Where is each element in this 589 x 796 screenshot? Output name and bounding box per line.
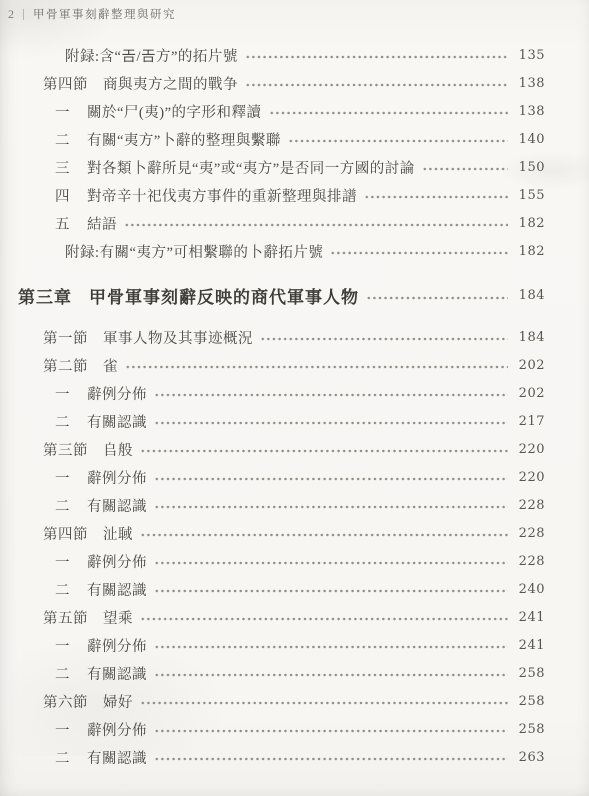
toc-entry-title: 有關認識 bbox=[87, 747, 147, 768]
book-title: 甲骨軍事刻辭整理與研究 bbox=[33, 6, 176, 22]
header-divider bbox=[23, 9, 24, 20]
dot-leader bbox=[140, 603, 508, 631]
dot-leader bbox=[154, 407, 508, 435]
dot-leader bbox=[140, 687, 508, 715]
dot-leader bbox=[364, 181, 508, 209]
toc-entry-section: 第四節 商與夷方之間的戰争 138 bbox=[0, 69, 589, 97]
toc-entry-label: 第四節 bbox=[43, 73, 88, 94]
toc-entry-section: 第二節 雀 202 bbox=[0, 351, 589, 379]
toc-entry-title: 附録:含“𢀛/𢀛方”的拓片號 bbox=[65, 45, 238, 66]
toc-entry-label: 第五節 bbox=[43, 607, 88, 628]
toc-entry-title: 對帝辛十祀伐夷方事件的重新整理與排譜 bbox=[87, 185, 357, 206]
toc-page-number: 241 bbox=[517, 638, 545, 653]
toc-entry-label: 第一節 bbox=[43, 327, 88, 348]
toc-page-number: 258 bbox=[517, 722, 545, 737]
toc-entry-label: 二 bbox=[55, 663, 70, 684]
toc-entry-title: 甲骨軍事刻辭反映的商代軍事人物 bbox=[89, 283, 359, 308]
toc-page-number: 217 bbox=[517, 414, 545, 429]
toc-entry-appendix: 附録:有關“夷方”可相繫聯的卜辭拓片號 182 bbox=[0, 237, 589, 265]
toc-entry-sub: 四 對帝辛十祀伐夷方事件的重新整理與排譜 155 bbox=[0, 181, 589, 209]
toc-entry-label: 五 bbox=[55, 213, 70, 234]
toc-page-number: 182 bbox=[517, 244, 545, 259]
toc-entry-label: 二 bbox=[55, 411, 70, 432]
toc-entry-title: 有關認識 bbox=[87, 411, 147, 432]
toc-entry-sub: 一 辭例分佈 220 bbox=[0, 463, 589, 491]
table-of-contents: 附録:含“𢀛/𢀛方”的拓片號 135 第四節 商與夷方之間的戰争 138 一 關… bbox=[0, 41, 589, 771]
toc-page-number: 220 bbox=[517, 442, 545, 457]
toc-entry-label: 二 bbox=[55, 129, 70, 150]
toc-page-number: 184 bbox=[517, 288, 545, 303]
toc-entry-label: 一 bbox=[55, 719, 70, 740]
toc-entry-sub: 一 辭例分佈 202 bbox=[0, 379, 589, 407]
toc-entry-section: 第四節 沚聝 228 bbox=[0, 519, 589, 547]
toc-page-number: 138 bbox=[517, 104, 545, 119]
toc-page-number: 228 bbox=[517, 526, 545, 541]
toc-entry-section: 第五節 望乘 241 bbox=[0, 603, 589, 631]
dot-leader bbox=[154, 547, 508, 575]
toc-entry-title: 辭例分佈 bbox=[87, 551, 147, 572]
toc-entry-sub: 一 辭例分佈 228 bbox=[0, 547, 589, 575]
toc-page-number: 258 bbox=[517, 694, 545, 709]
toc-entry-sub: 三 對各類卜辭所見“夷”或“夷方”是否同一方國的討論 150 bbox=[0, 153, 589, 181]
toc-entry-label: 第六節 bbox=[43, 691, 88, 712]
toc-entry-label: 二 bbox=[55, 495, 70, 516]
toc-entry-label: 一 bbox=[55, 101, 70, 122]
toc-entry-title: 辭例分佈 bbox=[87, 635, 147, 656]
toc-page-number: 202 bbox=[517, 386, 545, 401]
toc-entry-title: 婦好 bbox=[103, 691, 133, 712]
toc-entry-label: 三 bbox=[55, 157, 70, 178]
dot-leader bbox=[154, 659, 508, 687]
toc-entry-label: 四 bbox=[55, 185, 70, 206]
toc-page-number: 240 bbox=[517, 582, 545, 597]
toc-entry-sub: 二 有關認識 263 bbox=[0, 743, 589, 771]
toc-entry-sub: 二 有關認識 240 bbox=[0, 575, 589, 603]
toc-entry-appendix: 附録:含“𢀛/𢀛方”的拓片號 135 bbox=[0, 41, 589, 69]
dot-leader bbox=[140, 519, 508, 547]
toc-entry-sub: 五 結語 182 bbox=[0, 209, 589, 237]
dot-leader bbox=[154, 463, 508, 491]
dot-leader bbox=[125, 351, 508, 379]
toc-entry-title: 雀 bbox=[103, 355, 118, 376]
dot-leader bbox=[124, 209, 508, 237]
toc-page-number: 263 bbox=[517, 750, 545, 765]
toc-entry-label: 第三章 bbox=[18, 283, 72, 308]
running-head: 2 甲骨軍事刻辭整理與研究 bbox=[8, 6, 176, 22]
toc-entry-title: 附録:有關“夷方”可相繫聯的卜辭拓片號 bbox=[65, 241, 323, 262]
toc-entry-title: 望乘 bbox=[103, 607, 133, 628]
toc-entry-title: 有關認識 bbox=[87, 663, 147, 684]
toc-entry-sub: 二 有關“夷方”卜辭的整理與繫聯 140 bbox=[0, 125, 589, 153]
dot-leader bbox=[288, 125, 508, 153]
dot-leader bbox=[154, 491, 508, 519]
toc-entry-label: 一 bbox=[55, 383, 70, 404]
toc-entry-label: 第三節 bbox=[43, 439, 88, 460]
toc-entry-title: 辭例分佈 bbox=[87, 719, 147, 740]
dot-leader bbox=[140, 435, 508, 463]
toc-page-number: 258 bbox=[517, 666, 545, 681]
dot-leader bbox=[260, 323, 508, 351]
toc-entry-label: 第四節 bbox=[43, 523, 88, 544]
toc-page-number: 182 bbox=[517, 216, 545, 231]
toc-entry-title: 沚聝 bbox=[103, 523, 133, 544]
dot-leader bbox=[154, 379, 508, 407]
toc-entry-label: 一 bbox=[55, 635, 70, 656]
toc-entry-title: 𠂤般 bbox=[103, 439, 133, 460]
toc-entry-section: 第六節 婦好 258 bbox=[0, 687, 589, 715]
scanned-book-page: 2 甲骨軍事刻辭整理與研究 附録:含“𢀛/𢀛方”的拓片號 135 第四節 商與夷… bbox=[0, 0, 589, 796]
toc-entry-title: 對各類卜辭所見“夷”或“夷方”是否同一方國的討論 bbox=[87, 157, 415, 178]
toc-entry-sub: 一 辭例分佈 241 bbox=[0, 631, 589, 659]
toc-entry-title: 有關認識 bbox=[87, 495, 147, 516]
toc-page-number: 155 bbox=[517, 188, 545, 203]
dot-leader bbox=[330, 237, 508, 265]
dot-leader bbox=[154, 575, 508, 603]
toc-page-number: 150 bbox=[517, 160, 545, 175]
toc-entry-sub: 二 有關認識 228 bbox=[0, 491, 589, 519]
toc-page-number: 241 bbox=[517, 610, 545, 625]
toc-entry-title: 結語 bbox=[87, 213, 117, 234]
toc-page-number: 135 bbox=[517, 48, 545, 63]
dot-leader bbox=[154, 743, 508, 771]
toc-entry-section: 第一節 軍事人物及其事迹概況 184 bbox=[0, 323, 589, 351]
dot-leader bbox=[366, 280, 508, 310]
dot-leader bbox=[422, 153, 508, 181]
toc-entry-chapter: 第三章 甲骨軍事刻辭反映的商代軍事人物 184 bbox=[0, 280, 589, 310]
toc-entry-sub: 二 有關認識 217 bbox=[0, 407, 589, 435]
folio-page-number: 2 bbox=[8, 7, 14, 22]
toc-entry-sub: 二 有關認識 258 bbox=[0, 659, 589, 687]
toc-entry-sub: 一 辭例分佈 258 bbox=[0, 715, 589, 743]
toc-entry-title: 辭例分佈 bbox=[87, 383, 147, 404]
toc-page-number: 138 bbox=[517, 76, 545, 91]
dot-leader bbox=[154, 631, 508, 659]
toc-page-number: 202 bbox=[517, 358, 545, 373]
toc-entry-label: 二 bbox=[55, 579, 70, 600]
dot-leader bbox=[154, 715, 508, 743]
toc-entry-title: 關於“尸(夷)”的字形和釋讀 bbox=[87, 101, 262, 122]
toc-page-number: 220 bbox=[517, 470, 545, 485]
toc-entry-label: 一 bbox=[55, 551, 70, 572]
toc-entry-title: 有關“夷方”卜辭的整理與繫聯 bbox=[87, 129, 281, 150]
toc-entry-title: 商與夷方之間的戰争 bbox=[103, 73, 238, 94]
toc-entry-title: 辭例分佈 bbox=[87, 467, 147, 488]
toc-entry-label: 一 bbox=[55, 467, 70, 488]
toc-entry-title: 有關認識 bbox=[87, 579, 147, 600]
toc-entry-section: 第三節 𠂤般 220 bbox=[0, 435, 589, 463]
toc-entry-label: 第二節 bbox=[43, 355, 88, 376]
toc-page-number: 228 bbox=[517, 498, 545, 513]
toc-entry-title: 軍事人物及其事迹概況 bbox=[103, 327, 253, 348]
toc-page-number: 140 bbox=[517, 132, 545, 147]
toc-page-number: 228 bbox=[517, 554, 545, 569]
dot-leader bbox=[269, 97, 508, 125]
dot-leader bbox=[245, 41, 508, 69]
toc-entry-sub: 一 關於“尸(夷)”的字形和釋讀 138 bbox=[0, 97, 589, 125]
toc-entry-label: 二 bbox=[55, 747, 70, 768]
toc-page-number: 184 bbox=[517, 330, 545, 345]
dot-leader bbox=[245, 69, 508, 97]
